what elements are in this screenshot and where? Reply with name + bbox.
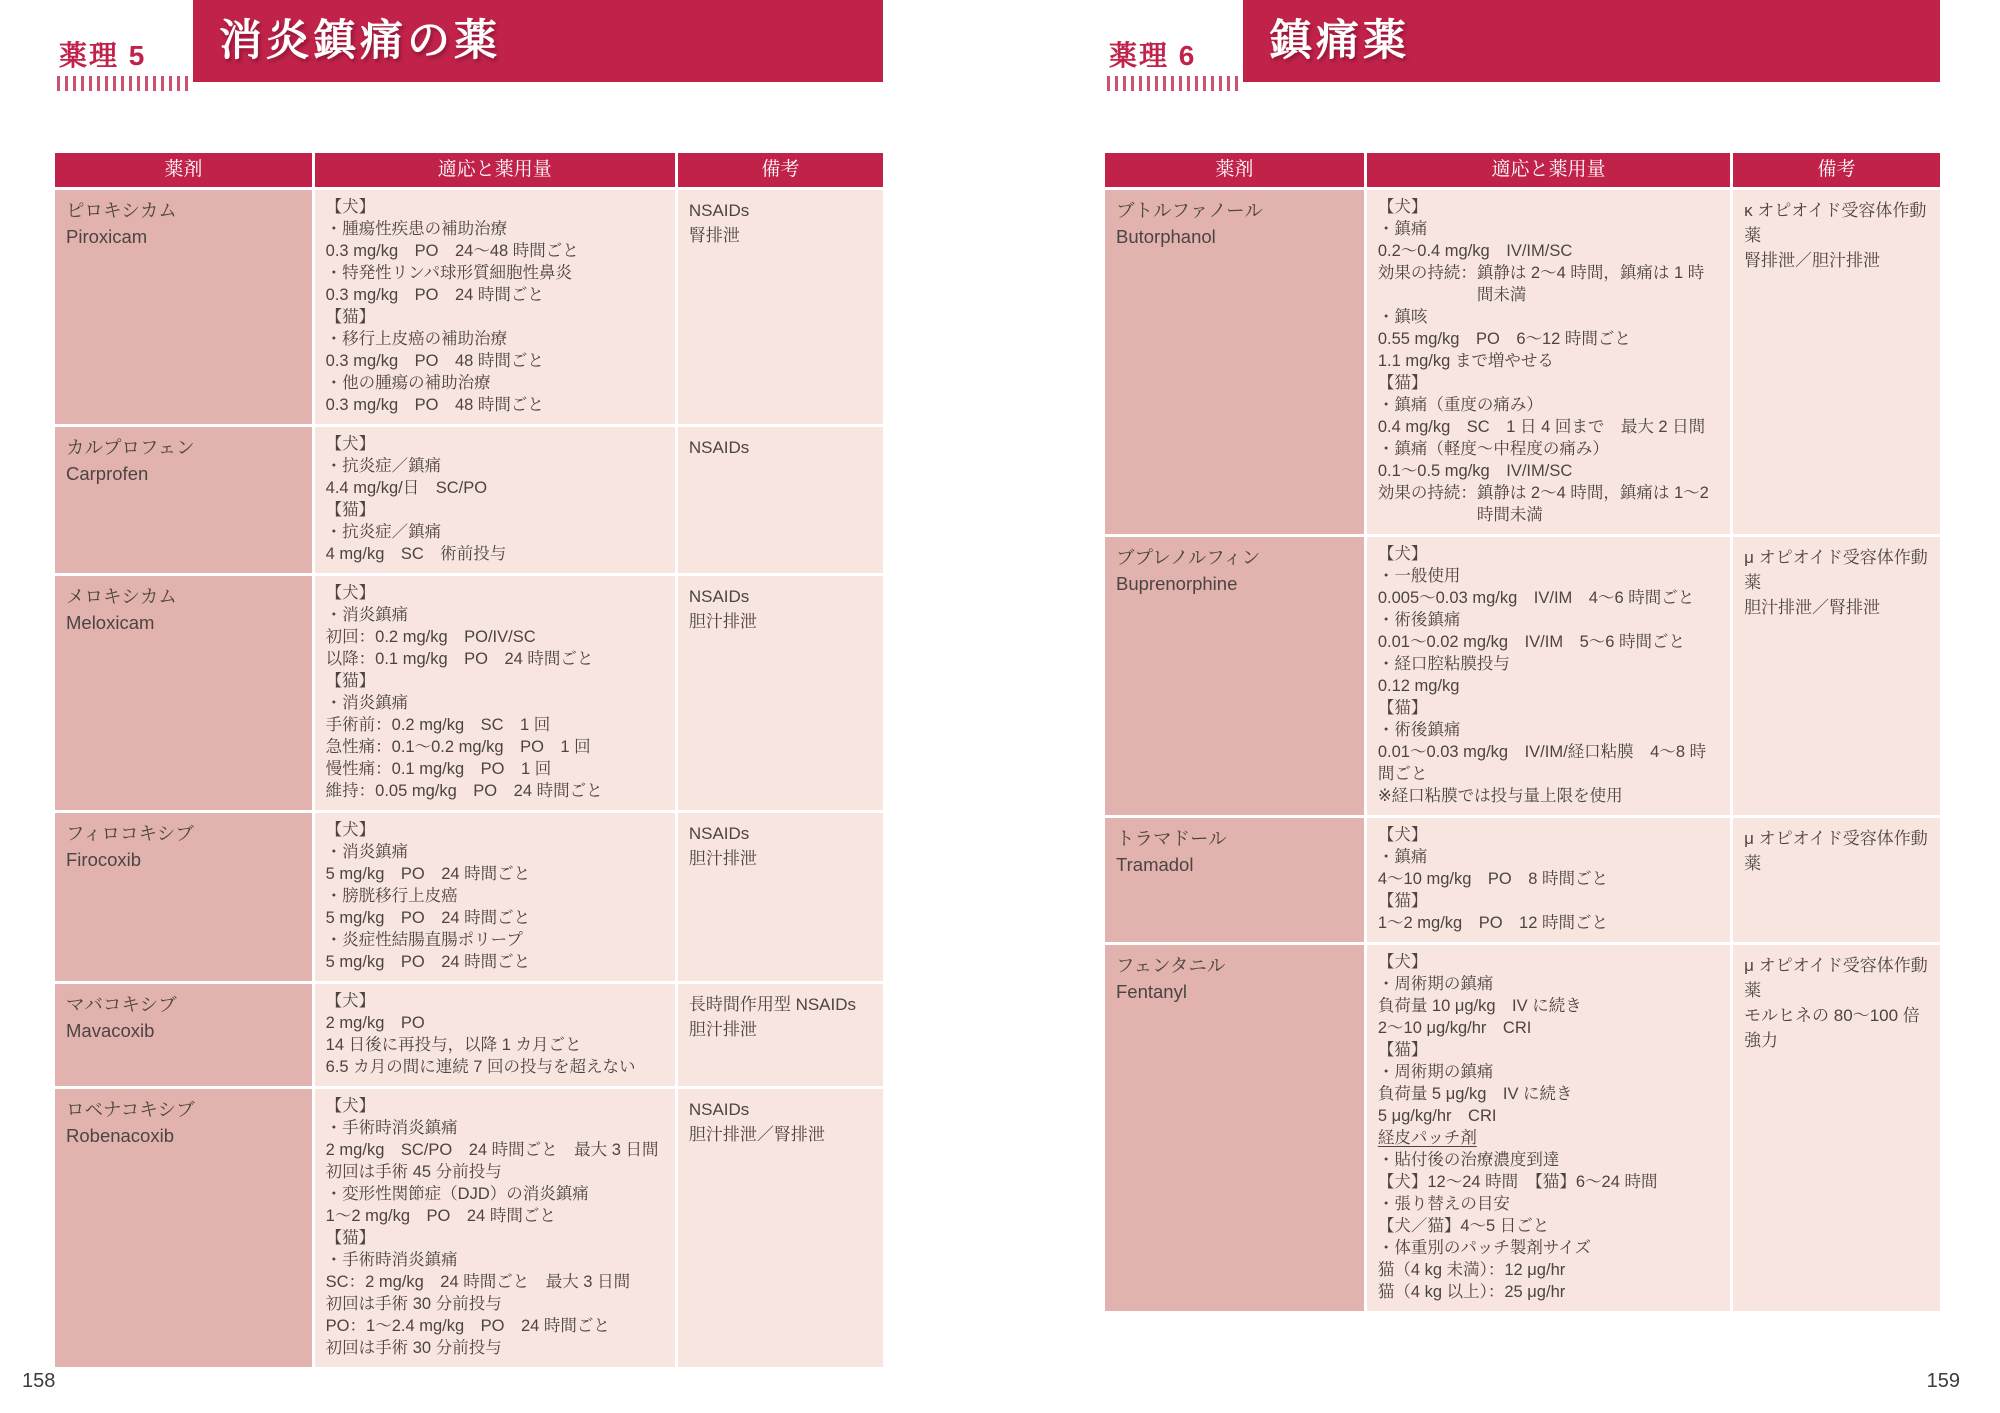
dosage-line: 2 mg/kg PO [326, 1012, 669, 1034]
dosage-line: 負荷量 10 μg/kg IV に続き [1378, 995, 1724, 1017]
chapter-title: 鎮痛薬 [1243, 0, 1940, 82]
dosage-line: 【猫】 [326, 1227, 669, 1249]
drug-cell: マバコキシブMavacoxib [55, 984, 312, 1086]
dosage-line: ・変形性関節症（DJD）の消炎鎮痛 [326, 1183, 669, 1205]
dosage-line: ・消炎鎮痛 [326, 692, 669, 714]
dosage-line: ※経口粘膜では投与量上限を使用 [1378, 785, 1724, 807]
remarks-line: 胆汁排泄／腎排泄 [689, 1122, 877, 1147]
drug-name-ja: マバコキシブ [66, 992, 304, 1018]
remarks-cell: κ オピオイド受容体作動薬腎排泄／胆汁排泄 [1733, 190, 1940, 534]
dosage-line: 負荷量 5 μg/kg IV に続き [1378, 1083, 1724, 1105]
table-row: トラマドールTramadol【犬】・鎮痛4～10 mg/kg PO 8 時間ごと… [1105, 818, 1940, 942]
remarks-line: NSAIDs [689, 198, 877, 223]
remarks-cell: NSAIDs胆汁排泄 [678, 576, 883, 810]
remarks-line: κ オピオイド受容体作動薬 [1744, 198, 1934, 248]
dosage-line: ・貼付後の治療濃度到達 [1378, 1149, 1724, 1171]
dosage-line: 効果の持続：鎮静は 2～4 時間，鎮痛は 1 時 [1378, 262, 1724, 284]
drug-cell: トラマドールTramadol [1105, 818, 1364, 942]
dosage-line: ・鎮痛 [1378, 846, 1724, 868]
dosage-line: 4.4 mg/kg/日 SC/PO [326, 477, 669, 499]
drug-name-en: Tramadol [1116, 852, 1356, 878]
table-row: マバコキシブMavacoxib【犬】2 mg/kg PO14 日後に再投与，以降… [55, 984, 883, 1086]
dosage-line: 0.01～0.02 mg/kg IV/IM 5～6 時間ごと [1378, 631, 1724, 653]
dosage-line: 0.3 mg/kg PO 24～48 時間ごと [326, 240, 669, 262]
chapter-label: 薬理 6 [1109, 34, 1196, 74]
drug-name-en: Mavacoxib [66, 1018, 304, 1044]
remarks-line: 胆汁排泄 [689, 846, 877, 871]
dosage-line: ・周術期の鎮痛 [1378, 973, 1724, 995]
dosage-line: ・鎮痛 [1378, 218, 1724, 240]
dosage-line: 時間未満 [1378, 504, 1724, 526]
dosage-line: 初回は手術 30 分前投与 [326, 1293, 669, 1315]
table-row: フィロコキシブFirocoxib【犬】・消炎鎮痛5 mg/kg PO 24 時間… [55, 813, 883, 981]
remarks-cell: NSAIDs胆汁排泄 [678, 813, 883, 981]
drug-cell: メロキシカムMeloxicam [55, 576, 312, 810]
dosage-line: 5 mg/kg PO 24 時間ごと [326, 951, 669, 973]
dosage-line: ・消炎鎮痛 [326, 841, 669, 863]
table-header-row: 薬剤 適応と薬用量 備考 [1105, 153, 1940, 187]
dosage-line: 0.3 mg/kg PO 48 時間ごと [326, 350, 669, 372]
page-right: 薬理 6 鎮痛薬 薬剤 適応と薬用量 備考 ブトルファノールButorphano… [1105, 0, 1940, 1413]
dosage-line: 間未満 [1378, 284, 1724, 306]
dosage-line: 初回：0.2 mg/kg PO/IV/SC [326, 626, 669, 648]
dosage-line: 【犬】 [326, 819, 669, 841]
remarks-line: 胆汁排泄 [689, 609, 877, 634]
dosage-line: 2 mg/kg SC/PO 24 時間ごと 最大 3 日間 [326, 1139, 669, 1161]
dosage-line: 【猫】 [1378, 697, 1724, 719]
dosage-line: 効果の持続：鎮静は 2～4 時間，鎮痛は 1～2 [1378, 482, 1724, 504]
table-row: ロベナコキシブRobenacoxib【犬】・手術時消炎鎮痛2 mg/kg SC/… [55, 1089, 883, 1367]
remarks-line: モルヒネの 80～100 倍強力 [1744, 1003, 1934, 1053]
dosage-cell: 【犬】・一般使用0.005～0.03 mg/kg IV/IM 4～6 時間ごと・… [1367, 537, 1730, 815]
dosage-line: ・一般使用 [1378, 565, 1724, 587]
drug-cell: カルプロフェンCarprofen [55, 427, 312, 573]
dosage-line: ・手術時消炎鎮痛 [326, 1117, 669, 1139]
dosage-line: 維持：0.05 mg/kg PO 24 時間ごと [326, 780, 669, 802]
dosage-line: 【犬】 [1378, 543, 1724, 565]
drug-cell: フェンタニルFentanyl [1105, 945, 1364, 1311]
dosage-line: 0.3 mg/kg PO 24 時間ごと [326, 284, 669, 306]
table-body: ピロキシカムPiroxicam【犬】・腫瘍性疾患の補助治療0.3 mg/kg P… [55, 190, 883, 1367]
dosage-cell: 【犬】2 mg/kg PO14 日後に再投与，以降 1 カ月ごと6.5 カ月の間… [315, 984, 675, 1086]
dosage-line: 【猫】 [326, 670, 669, 692]
dosage-line: 4～10 mg/kg PO 8 時間ごと [1378, 868, 1724, 890]
table-header-row: 薬剤 適応と薬用量 備考 [55, 153, 883, 187]
dosage-line: ・術後鎮痛 [1378, 719, 1724, 741]
dosage-line: 【猫】 [326, 306, 669, 328]
dosage-cell: 【犬】・周術期の鎮痛負荷量 10 μg/kg IV に続き2～10 μg/kg/… [1367, 945, 1730, 1311]
drug-cell: ブトルファノールButorphanol [1105, 190, 1364, 534]
dosage-line: 経皮パッチ剤 [1378, 1127, 1724, 1149]
table-row: ブプレノルフィンBuprenorphine【犬】・一般使用0.005～0.03 … [1105, 537, 1940, 815]
remarks-line: μ オピオイド受容体作動薬 [1744, 953, 1934, 1003]
remarks-cell: NSAIDs腎排泄 [678, 190, 883, 424]
dosage-line: 1～2 mg/kg PO 12 時間ごと [1378, 912, 1724, 934]
dosage-line: 手術前：0.2 mg/kg SC 1 回 [326, 714, 669, 736]
remarks-line: μ オピオイド受容体作動薬 [1744, 826, 1934, 876]
dosage-line: 2～10 μg/kg/hr CRI [1378, 1017, 1724, 1039]
dosage-line: 間ごと [1378, 763, 1724, 785]
dosage-line: 5 μg/kg/hr CRI [1378, 1105, 1724, 1127]
dosage-cell: 【犬】・抗炎症／鎮痛4.4 mg/kg/日 SC/PO【猫】・抗炎症／鎮痛4 m… [315, 427, 675, 573]
dosage-line: 初回は手術 45 分前投与 [326, 1161, 669, 1183]
dosage-line: 【犬】 [1378, 196, 1724, 218]
dosage-line: 4 mg/kg SC 術前投与 [326, 543, 669, 565]
remarks-cell: NSAIDs [678, 427, 883, 573]
dosage-line: 【猫】 [1378, 890, 1724, 912]
dosage-line: 0.55 mg/kg PO 6～12 時間ごと [1378, 328, 1724, 350]
dosage-line: ・術後鎮痛 [1378, 609, 1724, 631]
page-number: 158 [22, 1370, 55, 1393]
chapter-label: 薬理 5 [59, 34, 146, 74]
dosage-line: SC：2 mg/kg 24 時間ごと 最大 3 日間 [326, 1271, 669, 1293]
remarks-cell: 長時間作用型 NSAIDs胆汁排泄 [678, 984, 883, 1086]
dosage-cell: 【犬】・鎮痛0.2～0.4 mg/kg IV/IM/SC効果の持続：鎮静は 2～… [1367, 190, 1730, 534]
dosage-line: 1.1 mg/kg まで増やせる [1378, 350, 1724, 372]
remarks-cell: NSAIDs胆汁排泄／腎排泄 [678, 1089, 883, 1367]
dosage-line: 【犬】 [326, 1095, 669, 1117]
dosage-line: 6.5 カ月の間に連続 7 回の投与を超えない [326, 1056, 669, 1078]
dosage-line: 【猫】 [1378, 372, 1724, 394]
remarks-line: 胆汁排泄 [689, 1017, 877, 1042]
drug-table: 薬剤 適応と薬用量 備考 ブトルファノールButorphanol【犬】・鎮痛0.… [1105, 153, 1940, 1314]
dosage-line: 0.01～0.03 mg/kg IV/IM/経口粘膜 4～8 時 [1378, 741, 1724, 763]
dosage-cell: 【犬】・消炎鎮痛初回：0.2 mg/kg PO/IV/SC以降：0.1 mg/k… [315, 576, 675, 810]
drug-name-en: Meloxicam [66, 610, 304, 636]
chapter-banner: 鎮痛薬 [1243, 0, 1940, 82]
dosage-line: 0.2～0.4 mg/kg IV/IM/SC [1378, 240, 1724, 262]
table-row: フェンタニルFentanyl【犬】・周術期の鎮痛負荷量 10 μg/kg IV … [1105, 945, 1940, 1311]
dosage-line: 猫（4 kg 以上）：25 μg/hr [1378, 1281, 1724, 1303]
dosage-line: 猫（4 kg 未満）：12 μg/hr [1378, 1259, 1724, 1281]
dosage-line: 0.005～0.03 mg/kg IV/IM 4～6 時間ごと [1378, 587, 1724, 609]
table-row: ブトルファノールButorphanol【犬】・鎮痛0.2～0.4 mg/kg I… [1105, 190, 1940, 534]
remarks-cell: μ オピオイド受容体作動薬 [1733, 818, 1940, 942]
dosage-line: 5 mg/kg PO 24 時間ごと [326, 907, 669, 929]
dosage-line: 【犬／猫】4～5 日ごと [1378, 1215, 1724, 1237]
dosage-cell: 【犬】・消炎鎮痛5 mg/kg PO 24 時間ごと・膀胱移行上皮癌5 mg/k… [315, 813, 675, 981]
dosage-line: ・鎮咳 [1378, 306, 1724, 328]
drug-cell: ロベナコキシブRobenacoxib [55, 1089, 312, 1367]
remarks-cell: μ オピオイド受容体作動薬モルヒネの 80～100 倍強力 [1733, 945, 1940, 1311]
drug-name-ja: ブトルファノール [1116, 198, 1356, 224]
remarks-line: NSAIDs [689, 821, 877, 846]
column-header-dosage: 適応と薬用量 [315, 153, 675, 187]
dosage-line: ・鎮痛（重度の痛み） [1378, 394, 1724, 416]
page-left: 薬理 5 消炎鎮痛の薬 薬剤 適応と薬用量 備考 ピロキシカムPiroxicam… [55, 0, 883, 1413]
dosage-line: 【犬】12～24 時間 【猫】6～24 時間 [1378, 1171, 1724, 1193]
drug-name-en: Fentanyl [1116, 979, 1356, 1005]
remarks-line: 腎排泄 [689, 223, 877, 248]
dosage-line: ・周術期の鎮痛 [1378, 1061, 1724, 1083]
dosage-line: 【犬】 [326, 582, 669, 604]
table-row: メロキシカムMeloxicam【犬】・消炎鎮痛初回：0.2 mg/kg PO/I… [55, 576, 883, 810]
dosage-line: ・炎症性結腸直腸ポリープ [326, 929, 669, 951]
drug-name-en: Robenacoxib [66, 1123, 304, 1149]
drug-cell: フィロコキシブFirocoxib [55, 813, 312, 981]
dosage-line: 以降：0.1 mg/kg PO 24 時間ごと [326, 648, 669, 670]
dosage-line: ・移行上皮癌の補助治療 [326, 328, 669, 350]
dosage-line: 0.12 mg/kg [1378, 675, 1724, 697]
drug-name-en: Piroxicam [66, 224, 304, 250]
dosage-line: 0.3 mg/kg PO 48 時間ごと [326, 394, 669, 416]
chapter-dash-strip [1107, 76, 1239, 91]
dosage-line: PO：1～2.4 mg/kg PO 24 時間ごと [326, 1315, 669, 1337]
dosage-line: 慢性痛：0.1 mg/kg PO 1 回 [326, 758, 669, 780]
dosage-line: ・抗炎症／鎮痛 [326, 455, 669, 477]
drug-name-ja: フィロコキシブ [66, 821, 304, 847]
dosage-line: ・鎮痛（軽度～中程度の痛み） [1378, 438, 1724, 460]
remarks-line: 長時間作用型 NSAIDs [689, 992, 877, 1017]
dosage-cell: 【犬】・腫瘍性疾患の補助治療0.3 mg/kg PO 24～48 時間ごと・特発… [315, 190, 675, 424]
drug-name-en: Firocoxib [66, 847, 304, 873]
column-header-remarks: 備考 [678, 153, 883, 187]
remarks-line: NSAIDs [689, 1097, 877, 1122]
remarks-line: NSAIDs [689, 435, 877, 460]
chapter-banner: 消炎鎮痛の薬 [193, 0, 883, 82]
drug-name-en: Butorphanol [1116, 224, 1356, 250]
dosage-line: 【犬】 [1378, 951, 1724, 973]
drug-name-ja: トラマドール [1116, 826, 1356, 852]
remarks-line: 腎排泄／胆汁排泄 [1744, 248, 1934, 273]
dosage-line: 【犬】 [326, 990, 669, 1012]
remarks-line: μ オピオイド受容体作動薬 [1744, 545, 1934, 595]
table-row: カルプロフェンCarprofen【犬】・抗炎症／鎮痛4.4 mg/kg/日 SC… [55, 427, 883, 573]
column-header-drug: 薬剤 [55, 153, 312, 187]
dosage-line: 【犬】 [326, 433, 669, 455]
drug-name-en: Carprofen [66, 461, 304, 487]
remarks-cell: μ オピオイド受容体作動薬胆汁排泄／腎排泄 [1733, 537, 1940, 815]
drug-name-ja: ブプレノルフィン [1116, 545, 1356, 571]
drug-name-ja: ロベナコキシブ [66, 1097, 304, 1123]
chapter-title: 消炎鎮痛の薬 [193, 0, 883, 82]
dosage-line: 【犬】 [1378, 824, 1724, 846]
drug-name-en: Buprenorphine [1116, 571, 1356, 597]
dosage-line: ・他の腫瘍の補助治療 [326, 372, 669, 394]
column-header-dosage: 適応と薬用量 [1367, 153, 1730, 187]
dosage-line: 【犬】 [326, 196, 669, 218]
dosage-line: 急性痛：0.1～0.2 mg/kg PO 1 回 [326, 736, 669, 758]
dosage-line: 0.4 mg/kg SC 1 日 4 回まで 最大 2 日間 [1378, 416, 1724, 438]
dosage-line: ・張り替えの目安 [1378, 1193, 1724, 1215]
page-number: 159 [1927, 1370, 1960, 1393]
drug-name-ja: カルプロフェン [66, 435, 304, 461]
drug-cell: ブプレノルフィンBuprenorphine [1105, 537, 1364, 815]
dosage-cell: 【犬】・鎮痛4～10 mg/kg PO 8 時間ごと【猫】1～2 mg/kg P… [1367, 818, 1730, 942]
dosage-line: ・抗炎症／鎮痛 [326, 521, 669, 543]
dosage-line: 【猫】 [1378, 1039, 1724, 1061]
drug-cell: ピロキシカムPiroxicam [55, 190, 312, 424]
drug-name-ja: ピロキシカム [66, 198, 304, 224]
drug-table: 薬剤 適応と薬用量 備考 ピロキシカムPiroxicam【犬】・腫瘍性疾患の補助… [55, 153, 883, 1370]
dosage-line: ・腫瘍性疾患の補助治療 [326, 218, 669, 240]
dosage-cell: 【犬】・手術時消炎鎮痛2 mg/kg SC/PO 24 時間ごと 最大 3 日間… [315, 1089, 675, 1367]
dosage-line: 0.1～0.5 mg/kg IV/IM/SC [1378, 460, 1724, 482]
table-body: ブトルファノールButorphanol【犬】・鎮痛0.2～0.4 mg/kg I… [1105, 190, 1940, 1311]
dosage-line: ・膀胱移行上皮癌 [326, 885, 669, 907]
dosage-line: ・体重別のパッチ製剤サイズ [1378, 1237, 1724, 1259]
remarks-line: NSAIDs [689, 584, 877, 609]
dosage-line: ・手術時消炎鎮痛 [326, 1249, 669, 1271]
column-header-drug: 薬剤 [1105, 153, 1364, 187]
remarks-line: 胆汁排泄／腎排泄 [1744, 595, 1934, 620]
dosage-line: ・特発性リンパ球形質細胞性鼻炎 [326, 262, 669, 284]
drug-name-ja: メロキシカム [66, 584, 304, 610]
column-header-remarks: 備考 [1733, 153, 1940, 187]
table-row: ピロキシカムPiroxicam【犬】・腫瘍性疾患の補助治療0.3 mg/kg P… [55, 190, 883, 424]
dosage-line: 初回は手術 30 分前投与 [326, 1337, 669, 1359]
chapter-dash-strip [57, 76, 189, 91]
dosage-line: 5 mg/kg PO 24 時間ごと [326, 863, 669, 885]
dosage-line: ・消炎鎮痛 [326, 604, 669, 626]
dosage-line: 1～2 mg/kg PO 24 時間ごと [326, 1205, 669, 1227]
dosage-line: 【猫】 [326, 499, 669, 521]
dosage-line: ・経口腔粘膜投与 [1378, 653, 1724, 675]
drug-name-ja: フェンタニル [1116, 953, 1356, 979]
dosage-line: 14 日後に再投与，以降 1 カ月ごと [326, 1034, 669, 1056]
